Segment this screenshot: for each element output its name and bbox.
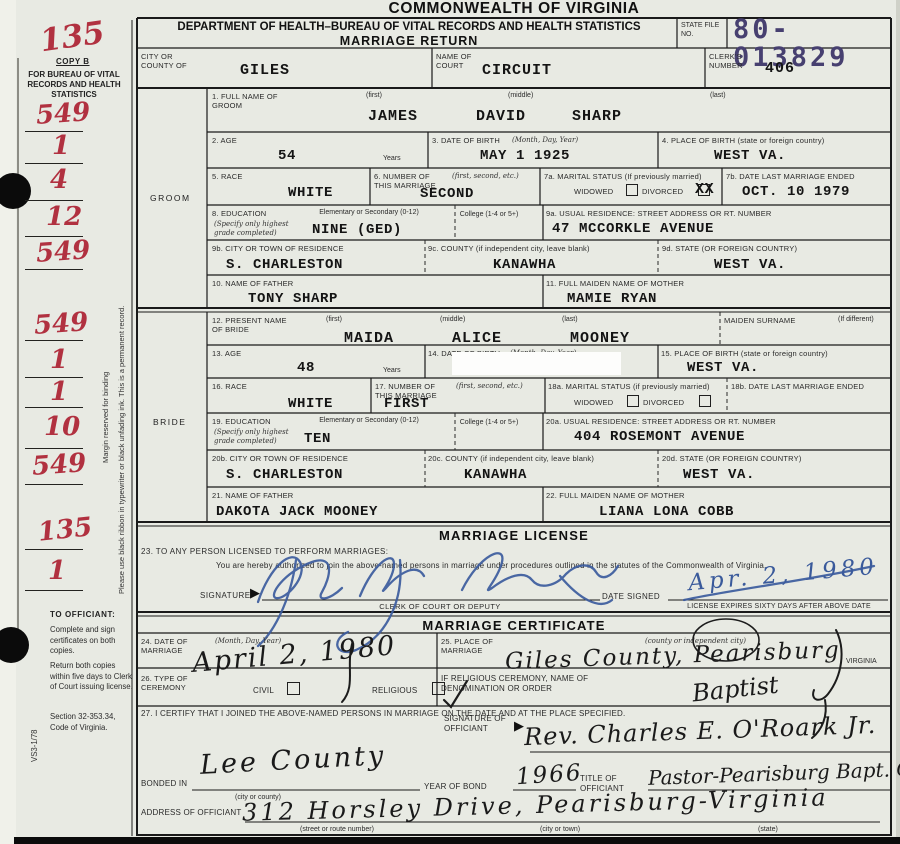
bride-age-unit: Years bbox=[383, 367, 401, 375]
groom-name-label: 1. FULL NAME OF GROOM bbox=[212, 92, 282, 110]
groom-county-label: 9c. COUNTY (if independent city, leave b… bbox=[428, 244, 648, 253]
officiant-address-label: ADDRESS OF OFFICIANT bbox=[141, 808, 241, 817]
groom-section-label: GROOM bbox=[150, 193, 191, 203]
bride-marriage-number-value: FIRST bbox=[384, 396, 429, 412]
bride-marriage-number-hint: (first, second, etc.) bbox=[456, 382, 523, 391]
redaction-box bbox=[452, 352, 621, 375]
groom-residence-value: 47 MCCORKLE AVENUE bbox=[552, 221, 714, 237]
place-of-marriage-label: 25. PLACE OF MARRIAGE bbox=[441, 637, 503, 655]
religious-label: RELIGIOUS bbox=[372, 686, 417, 695]
groom-widowed-label: WIDOWED bbox=[574, 187, 613, 196]
bride-widowed-checkbox bbox=[627, 395, 639, 407]
bride-residence-value: 404 ROSEMONT AVENUE bbox=[574, 429, 745, 445]
clerks-number-value: 406 bbox=[765, 60, 795, 77]
bride-mother-label: 22. FULL MAIDEN NAME OF MOTHER bbox=[546, 491, 685, 500]
bride-marital-status-label: 18a. MARITAL STATUS (if previously marri… bbox=[548, 382, 718, 391]
groom-city-value: S. CHARLESTON bbox=[226, 257, 343, 273]
bride-middle-name: ALICE bbox=[452, 330, 502, 347]
court-label: NAME OF COURT bbox=[436, 52, 481, 70]
city-county-value: GILES bbox=[240, 62, 290, 79]
groom-residence-label: 9a. USUAL RESIDENCE: STREET ADDRESS OR R… bbox=[546, 209, 886, 218]
license-title: MARRIAGE LICENSE bbox=[137, 528, 891, 543]
middle-hint: (middle) bbox=[508, 92, 533, 100]
groom-last-marriage-ended-value: OCT. 10 1979 bbox=[742, 184, 850, 200]
officiant-signature-label: SIGNATURE OF OFFICIANT bbox=[444, 714, 514, 734]
groom-last-marriage-ended-label: 7b. DATE LAST MARRIAGE ENDED bbox=[726, 172, 886, 181]
license-authorization-label: 23. TO ANY PERSON LICENSED TO PERFORM MA… bbox=[141, 547, 388, 556]
bride-race-label: 16. RACE bbox=[212, 382, 247, 391]
bride-residence-label: 20a. USUAL RESIDENCE: STREET ADDRESS OR … bbox=[546, 417, 886, 426]
groom-age-unit: Years bbox=[383, 155, 401, 163]
bride-age-label: 13. AGE bbox=[212, 349, 241, 358]
bride-mother-value: LIANA LONA COBB bbox=[599, 504, 734, 520]
license-expires-sublabel: LICENSE EXPIRES SIXTY DAYS AFTER ABOVE D… bbox=[668, 602, 890, 611]
state-file-number: 80-013829 bbox=[733, 16, 900, 72]
type-of-ceremony-label: 26. TYPE OF CEREMONY bbox=[141, 674, 201, 692]
bride-section-label: BRIDE bbox=[153, 417, 186, 427]
department-subtitle: DEPARTMENT OF HEALTH–BUREAU OF VITAL REC… bbox=[145, 21, 673, 33]
date-signed-label: DATE SIGNED bbox=[602, 592, 660, 601]
groom-county-value: KANAWHA bbox=[493, 257, 556, 273]
last-hint: (last) bbox=[710, 92, 726, 100]
groom-dob-value: MAY 1 1925 bbox=[480, 148, 570, 164]
year-of-bond-value: 1966 bbox=[515, 760, 583, 791]
city-county-label: CITY OR COUNTY OF bbox=[141, 52, 196, 70]
bride-last-marriage-ended-label: 18b. DATE LAST MARRIAGE ENDED bbox=[731, 382, 889, 391]
groom-first-name: JAMES bbox=[368, 108, 418, 125]
state-sublabel: (state) bbox=[758, 826, 778, 834]
last-hint: (last) bbox=[562, 316, 578, 324]
state-file-label: STATE FILE NO. bbox=[681, 21, 721, 39]
bride-first-name: MAIDA bbox=[344, 330, 394, 347]
bride-city-label: 20b. CITY OR TOWN OF RESIDENCE bbox=[212, 454, 348, 463]
groom-divorced-label: DIVORCED bbox=[642, 187, 683, 196]
bride-city-value: S. CHARLESTON bbox=[226, 467, 343, 483]
bride-elementary-value: TEN bbox=[304, 431, 331, 447]
bride-pob-label: 15. PLACE OF BIRTH (state or foreign cou… bbox=[661, 349, 886, 358]
clerk-of-court-sublabel: CLERK OF COURT OR DEPUTY bbox=[340, 602, 540, 611]
groom-city-label: 9b. CITY OR TOWN OF RESIDENCE bbox=[212, 244, 344, 253]
groom-mother-value: MAMIE RYAN bbox=[567, 291, 657, 307]
street-sublabel: (street or route number) bbox=[300, 826, 374, 834]
scanned-marriage-return-document: 135 COPY B FOR BUREAU OF VITAL RECORDS A… bbox=[0, 0, 900, 844]
bride-name-label: 12. PRESENT NAME OF BRIDE bbox=[212, 316, 290, 334]
groom-pob-value: WEST VA. bbox=[714, 148, 786, 164]
bride-county-value: KANAWHA bbox=[464, 467, 527, 483]
bride-elementary-label: Elementary or Secondary (0-12) bbox=[310, 417, 428, 425]
bride-father-label: 21. NAME OF FATHER bbox=[212, 491, 293, 500]
bride-college-label: College (1-4 or 5+) bbox=[457, 419, 521, 427]
groom-last-name: SHARP bbox=[572, 108, 622, 125]
groom-race-label: 5. RACE bbox=[212, 172, 243, 181]
groom-age-label: 2. AGE bbox=[212, 136, 237, 145]
groom-middle-name: DAVID bbox=[476, 108, 526, 125]
bride-widowed-label: WIDOWED bbox=[574, 398, 613, 407]
groom-state-label: 9d. STATE (OR FOREIGN COUNTRY) bbox=[662, 244, 862, 253]
bride-pob-value: WEST VA. bbox=[687, 360, 759, 376]
groom-dob-label: 3. DATE OF BIRTH bbox=[432, 136, 500, 145]
form-name: MARRIAGE RETURN bbox=[145, 35, 673, 48]
groom-pob-label: 4. PLACE OF BIRTH (state or foreign coun… bbox=[662, 136, 887, 145]
denomination-label: IF RELIGIOUS CEREMONY, NAME OF DENOMINAT… bbox=[441, 674, 621, 694]
bride-divorced-checkbox bbox=[699, 395, 711, 407]
groom-age-value: 54 bbox=[278, 148, 296, 164]
groom-marital-status-label: 7a. MARITAL STATUS (If previously marrie… bbox=[544, 172, 714, 181]
bride-age-value: 48 bbox=[297, 360, 315, 376]
maiden-surname-hint: (If different) bbox=[838, 316, 874, 324]
groom-mother-label: 11. FULL MAIDEN NAME OF MOTHER bbox=[546, 279, 684, 288]
groom-state-value: WEST VA. bbox=[714, 257, 786, 273]
bride-divorced-label: DIVORCED bbox=[643, 398, 684, 407]
bride-race-value: WHITE bbox=[288, 396, 333, 412]
groom-dob-hint: (Month, Day, Year) bbox=[512, 136, 578, 145]
groom-marriage-number-value: SECOND bbox=[420, 186, 474, 202]
bride-state-value: WEST VA. bbox=[683, 467, 755, 483]
court-value: CIRCUIT bbox=[482, 62, 552, 79]
bride-county-label: 20c. COUNTY (if independent city, leave … bbox=[428, 454, 648, 463]
city-sublabel: (city or town) bbox=[540, 826, 580, 834]
bride-education-hint: (Specify only highest grade completed) bbox=[214, 428, 294, 445]
clerks-number-label: CLERK'S NUMBER bbox=[709, 52, 754, 70]
groom-elementary-label: Elementary or Secondary (0-12) bbox=[310, 209, 428, 217]
first-hint: (first) bbox=[326, 316, 342, 324]
certify-statement: 27. I CERTIFY THAT I JOINED THE ABOVE-NA… bbox=[141, 709, 625, 718]
certificate-title: MARRIAGE CERTIFICATE bbox=[137, 618, 891, 633]
groom-race-value: WHITE bbox=[288, 185, 333, 201]
signature-arrow-icon: ▶ bbox=[250, 587, 260, 600]
groom-marriage-number-hint: (first, second, etc.) bbox=[452, 172, 519, 181]
bride-state-label: 20d. STATE (OR FOREIGN COUNTRY) bbox=[662, 454, 862, 463]
groom-college-label: College (1-4 or 5+) bbox=[457, 211, 521, 219]
signature-arrow-icon: ▶ bbox=[514, 720, 524, 733]
groom-education-hint: (Specify only highest grade completed) bbox=[214, 220, 294, 237]
groom-father-value: TONY SHARP bbox=[248, 291, 338, 307]
groom-father-label: 10. NAME OF FATHER bbox=[212, 279, 293, 288]
first-hint: (first) bbox=[366, 92, 382, 100]
civil-label: CIVIL bbox=[253, 686, 274, 695]
year-of-bond-label: YEAR OF BOND bbox=[424, 782, 487, 791]
bonded-in-label: BONDED IN bbox=[141, 779, 187, 788]
license-signature-label: SIGNATURE bbox=[200, 591, 251, 600]
groom-widowed-checkbox bbox=[626, 184, 638, 196]
bride-education-label: 19. EDUCATION bbox=[212, 417, 271, 426]
bride-last-name: MOONEY bbox=[570, 330, 630, 347]
virginia-label: VIRGINIA bbox=[846, 658, 877, 666]
groom-elementary-value: NINE (GED) bbox=[312, 222, 402, 238]
groom-divorced-mark: XX bbox=[695, 182, 714, 198]
maiden-surname-label: MAIDEN SURNAME bbox=[724, 316, 796, 325]
civil-checkbox bbox=[287, 682, 300, 695]
bride-father-value: DAKOTA JACK MOONEY bbox=[216, 504, 378, 520]
groom-education-label: 8. EDUCATION bbox=[212, 209, 266, 218]
middle-hint: (middle) bbox=[440, 316, 465, 324]
